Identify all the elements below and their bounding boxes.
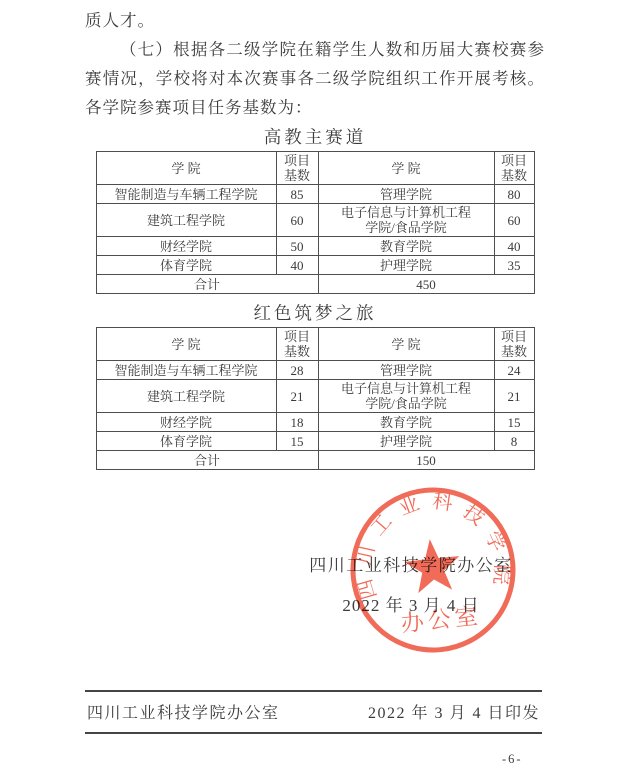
total-value-cell: 450 bbox=[318, 275, 534, 294]
quota-cell: 21 bbox=[276, 380, 318, 413]
quota-cell: 50 bbox=[276, 237, 318, 256]
quota-cell: 18 bbox=[276, 413, 318, 432]
footer-print-date: 2022 年 3 月 4 日印发 bbox=[368, 700, 540, 723]
signature-date: 2022 年 3 月 4 日 bbox=[298, 591, 524, 616]
college-cell: 护理学院 bbox=[318, 256, 494, 275]
college-cell: 管理学院 bbox=[318, 185, 494, 204]
table-row: 体育学院 15 护理学院 8 bbox=[96, 432, 534, 451]
signature-block: 四川工业科技学院办公室 2022 年 3 月 4 日 bbox=[298, 551, 524, 616]
quota-cell: 24 bbox=[494, 361, 534, 380]
paragraph-line: 赛情况，学校将对本次赛事各二级学院组织工作开展考核。 bbox=[85, 64, 545, 93]
table-header-cell: 项目 基数 bbox=[276, 152, 318, 185]
college-cell: 智能制造与车辆工程学院 bbox=[96, 185, 276, 204]
quota-cell: 40 bbox=[276, 256, 318, 275]
table-header-cell: 学 院 bbox=[96, 152, 276, 185]
quota-cell: 60 bbox=[494, 204, 534, 237]
quota-cell: 85 bbox=[276, 185, 318, 204]
quota-cell: 35 bbox=[494, 256, 534, 275]
signature-office: 四川工业科技学院办公室 bbox=[298, 551, 524, 576]
table-row: 财经学院 18 教育学院 15 bbox=[96, 413, 534, 432]
section-title-main-track: 高教主赛道 bbox=[85, 125, 545, 149]
quota-cell: 21 bbox=[494, 380, 534, 413]
footer: 四川工业科技学院办公室 2022 年 3 月 4 日印发 bbox=[85, 690, 542, 734]
quota-cell: 8 bbox=[494, 432, 534, 451]
table-header-row: 学 院 项目 基数 学 院 项目 基数 bbox=[96, 328, 534, 361]
table-row: 财经学院 50 教育学院 40 bbox=[96, 237, 534, 256]
college-cell: 电子信息与计算机工程 学院/食品学院 bbox=[318, 380, 494, 413]
table-total-row: 合计 450 bbox=[96, 275, 534, 294]
college-cell: 财经学院 bbox=[96, 237, 276, 256]
table-header-cell: 项目 基数 bbox=[494, 328, 534, 361]
quota-cell: 80 bbox=[494, 185, 534, 204]
college-cell: 教育学院 bbox=[318, 237, 494, 256]
college-cell: 电子信息与计算机工程 学院/食品学院 bbox=[318, 204, 494, 237]
paragraph-line: 质人才。 bbox=[85, 6, 545, 35]
quota-cell: 15 bbox=[276, 432, 318, 451]
college-cell: 教育学院 bbox=[318, 413, 494, 432]
table-main-track: 学 院 项目 基数 学 院 项目 基数 智能制造与车辆工程学院 85 管理学院 … bbox=[96, 151, 535, 294]
table-header-cell: 项目 基数 bbox=[276, 328, 318, 361]
quota-cell: 40 bbox=[494, 237, 534, 256]
paragraph-line: （七）根据各二级学院在籍学生人数和历届大赛校赛参 bbox=[85, 35, 545, 64]
college-cell: 管理学院 bbox=[318, 361, 494, 380]
table-header-cell: 学 院 bbox=[318, 328, 494, 361]
footer-office: 四川工业科技学院办公室 bbox=[87, 700, 280, 723]
college-cell: 体育学院 bbox=[96, 256, 276, 275]
table-row: 智能制造与车辆工程学院 28 管理学院 24 bbox=[96, 361, 534, 380]
table-row: 体育学院 40 护理学院 35 bbox=[96, 256, 534, 275]
quota-cell: 60 bbox=[276, 204, 318, 237]
table-row: 建筑工程学院 21 电子信息与计算机工程 学院/食品学院 21 bbox=[96, 380, 534, 413]
table-header-row: 学 院 项目 基数 学 院 项目 基数 bbox=[96, 152, 534, 185]
total-label-cell: 合计 bbox=[96, 275, 318, 294]
document-page: 质人才。 （七）根据各二级学院在籍学生人数和历届大赛校赛参 赛情况，学校将对本次… bbox=[0, 0, 628, 775]
page-number: -6- bbox=[502, 752, 523, 767]
quota-cell: 28 bbox=[276, 361, 318, 380]
college-cell: 建筑工程学院 bbox=[96, 204, 276, 237]
college-cell: 护理学院 bbox=[318, 432, 494, 451]
table-total-row: 合计 150 bbox=[96, 451, 534, 470]
table-red-journey: 学 院 项目 基数 学 院 项目 基数 智能制造与车辆工程学院 28 管理学院 … bbox=[96, 327, 535, 470]
table-header-cell: 学 院 bbox=[318, 152, 494, 185]
table-header-cell: 学 院 bbox=[96, 328, 276, 361]
college-cell: 财经学院 bbox=[96, 413, 276, 432]
section-title-red-journey: 红色筑梦之旅 bbox=[85, 301, 545, 325]
table-header-cell: 项目 基数 bbox=[494, 152, 534, 185]
table-row: 建筑工程学院 60 电子信息与计算机工程 学院/食品学院 60 bbox=[96, 204, 534, 237]
college-cell: 建筑工程学院 bbox=[96, 380, 276, 413]
total-label-cell: 合计 bbox=[96, 451, 318, 470]
college-cell: 智能制造与车辆工程学院 bbox=[96, 361, 276, 380]
quota-cell: 15 bbox=[494, 413, 534, 432]
table-row: 智能制造与车辆工程学院 85 管理学院 80 bbox=[96, 185, 534, 204]
college-cell: 体育学院 bbox=[96, 432, 276, 451]
total-value-cell: 150 bbox=[318, 451, 534, 470]
document-body: 质人才。 （七）根据各二级学院在籍学生人数和历届大赛校赛参 赛情况，学校将对本次… bbox=[0, 0, 628, 470]
paragraph-line: 各学院参赛项目任务基数为： bbox=[85, 93, 545, 122]
